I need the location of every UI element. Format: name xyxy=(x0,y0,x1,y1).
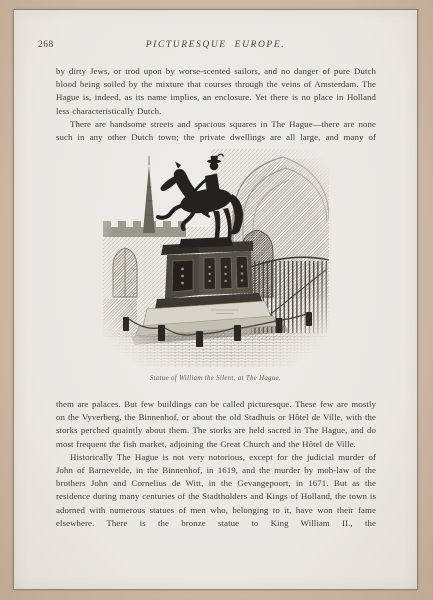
body-text-lower: them are palaces. But few buildings can … xyxy=(56,398,376,530)
page-number: 268 xyxy=(38,40,54,50)
scanned-book-page: { "page": { "number": "268", "header_tit… xyxy=(0,0,433,600)
engraving-equestrian-statue-illustration xyxy=(103,149,329,367)
engraving-figure: Statue of William the Silent, at The Hag… xyxy=(14,149,417,382)
body-paragraph: There are handsome streets and spacious … xyxy=(56,118,376,144)
body-paragraph: them are palaces. But few buildings can … xyxy=(56,398,376,451)
body-paragraph: by dirty Jews, or trod upon by worse-sce… xyxy=(56,65,376,118)
book-page: 268 PICTURESQUE EUROPE. by dirty Jews, o… xyxy=(14,10,417,589)
running-header-title: PICTURESQUE EUROPE. xyxy=(38,40,393,50)
body-text-upper: by dirty Jews, or trod upon by worse-sce… xyxy=(56,65,376,144)
figure-caption: Statue of William the Silent, at The Hag… xyxy=(14,375,417,382)
body-paragraph: Historically The Hague is not very notor… xyxy=(56,451,376,530)
running-head: 268 PICTURESQUE EUROPE. xyxy=(38,40,393,53)
